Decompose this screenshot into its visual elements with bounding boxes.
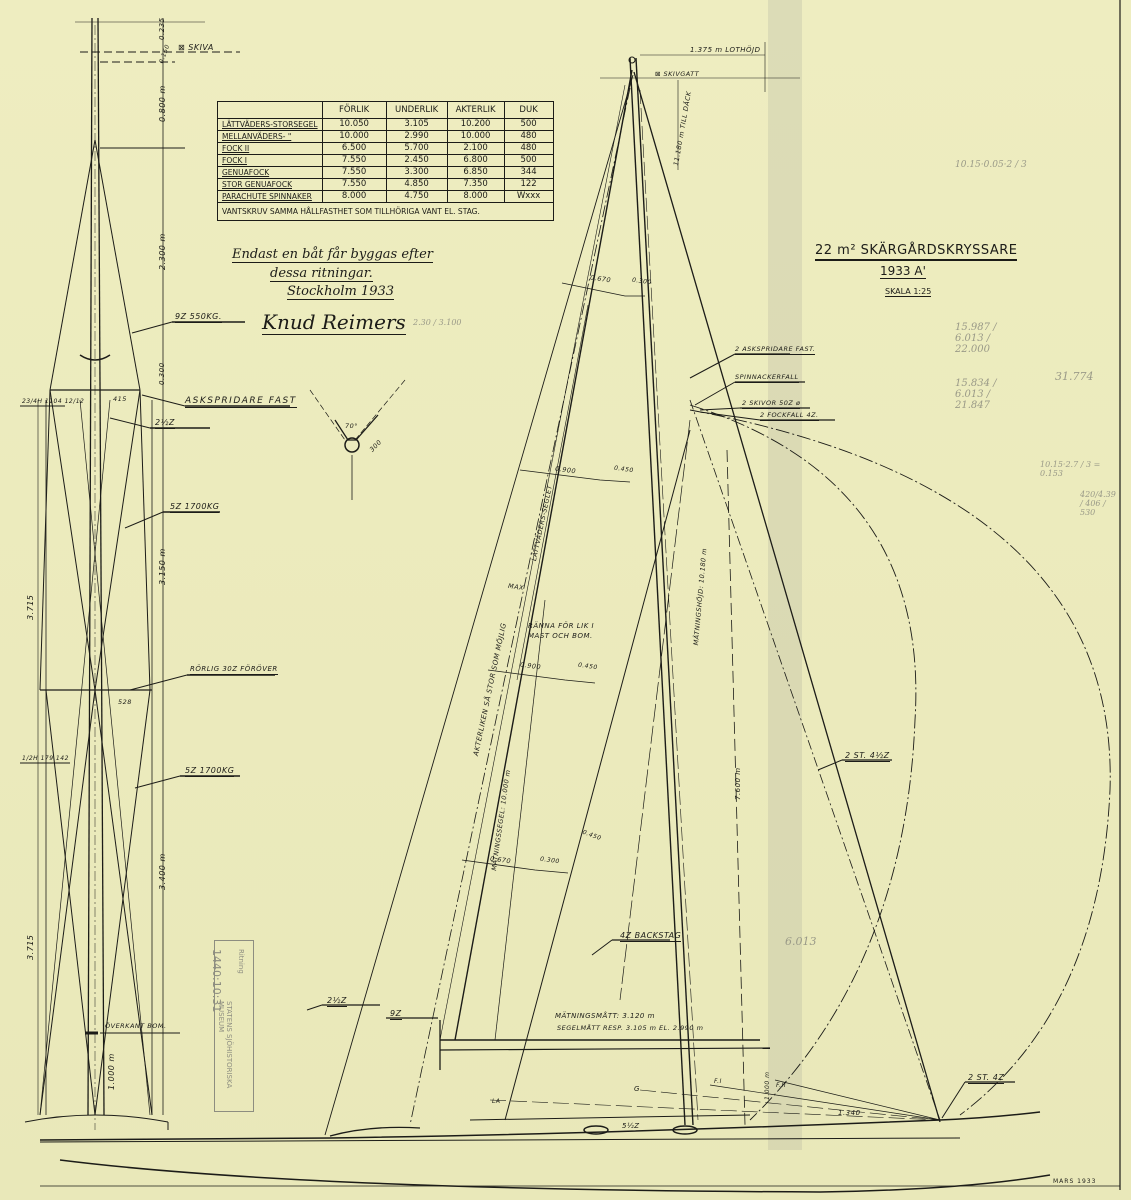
cloth-value: 480 — [504, 131, 553, 143]
pencil-note-5: 10.15·2.7 / 3 = 0.153 — [1040, 460, 1120, 478]
signature: Knud Reimers — [262, 310, 406, 335]
luff-value: 8.000 — [322, 191, 386, 203]
table-footnote-row: VANTSKRUV SAMMA HÅLLFASTHET SOM TILLHÖRI… — [218, 203, 554, 221]
groove-note-1: RÄNNA FÖR LIK I — [528, 622, 594, 630]
left-note-2: 1/2H 179.142 — [22, 755, 69, 762]
sail-name: FOCK I — [218, 155, 323, 167]
sail-name: STOR GENUAFOCK — [218, 179, 323, 191]
dim-d: 3.150 m — [158, 548, 167, 585]
leech-value: 6.850 — [447, 167, 504, 179]
cloth-value: 500 — [504, 155, 553, 167]
luff-value: 10.000 — [322, 131, 386, 143]
forestay-base-label: 2 ST. 4Z — [968, 1073, 1004, 1084]
foot-value: 3.300 — [386, 167, 447, 179]
sail-dimensions-table: FÖRLIK UNDERLIK AKTERLIK DUK LÄTTVÄDERS-… — [217, 101, 554, 221]
spreader-dim2: 528 — [118, 698, 132, 706]
pencil-note-2: 15.987 / 6.013 / 22.000 — [955, 322, 1015, 355]
drawing-title: 22 m² SKÄRGÅRDSKRYSSARE — [815, 243, 1017, 261]
leech-value: 8.000 — [447, 191, 504, 203]
pencil-note-3: 15.834 / 6.013 / 21.847 — [955, 378, 1015, 411]
skiva-label: ⊠ SKIVA — [178, 43, 214, 52]
shroud-9z-label: 9Z — [390, 1009, 402, 1020]
dim-e: 3.400 m — [158, 853, 167, 890]
drawn-date: MARS 1933 — [1053, 1178, 1096, 1185]
jib-foot-label: 1.340 — [838, 1109, 861, 1117]
sail-name: GENUAFOCK — [218, 167, 323, 179]
la-label: LA — [492, 1098, 500, 1105]
g-label: G — [634, 1085, 640, 1093]
pencil-note-4: 31.774 — [1055, 370, 1094, 383]
table-header — [218, 102, 323, 119]
spreader-fixed-label: ASKSPRIDARE FAST — [185, 396, 297, 408]
luff-value: 10.050 — [322, 119, 386, 131]
chainplate-label: 5½Z — [622, 1122, 640, 1130]
spreader-angle: 70° — [345, 422, 358, 430]
dim-top1: 0.235 — [158, 17, 166, 40]
note-line-1: Endast en båt får byggas efter — [232, 247, 433, 263]
sail-name: MELLANVÄDERS- " — [218, 131, 323, 143]
drawing-scale: SKALA 1:25 — [885, 287, 931, 297]
note-line-2: dessa ritningar. — [270, 266, 373, 282]
foot-value: 2.990 — [386, 131, 447, 143]
left-dim-2: 3.715 — [26, 935, 35, 960]
spinnaker-spreader-label: 2 ASKSPRIDARE FAST. — [735, 345, 815, 355]
table-row: LÄTTVÄDERS-STORSEGEL 10.050 3.105 10.200… — [218, 119, 554, 131]
sheaves-label: 2 SKIVOR 50Z ø — [742, 399, 800, 409]
stamp-label: Ritning — [237, 949, 245, 974]
table-header-row: FÖRLIK UNDERLIK AKTERLIK DUK — [218, 102, 554, 119]
foot-value: 5.700 — [386, 143, 447, 155]
foot-value: 4.750 — [386, 191, 447, 203]
leech-value: 10.200 — [447, 119, 504, 131]
pencil-note-8: 2.30 / 3.100 — [413, 318, 462, 327]
leech-value: 7.350 — [447, 179, 504, 191]
table-row: GENUAFOCK 7.550 3.300 6.850 344 — [218, 167, 554, 179]
table-row: FOCK II 6.500 5.700 2.100 480 — [218, 143, 554, 155]
dim-b: 2.300 m — [158, 233, 167, 270]
foot-value: 2.450 — [386, 155, 447, 167]
table-row: MELLANVÄDERS- " 10.000 2.990 10.000 480 — [218, 131, 554, 143]
boom-top-label: ÖVERKANT BOM. — [105, 1022, 167, 1030]
spreader-dim: 415 — [113, 395, 127, 403]
table-header: AKTERLIK — [447, 102, 504, 119]
foot-value: 4.850 — [386, 179, 447, 191]
luff-value: 6.500 — [322, 143, 386, 155]
table-header: FÖRLIK — [322, 102, 386, 119]
table-row: STOR GENUAFOCK 7.550 4.850 7.350 122 — [218, 179, 554, 191]
jib-luff-label: 7.600 m — [734, 767, 742, 800]
cloth-value: 122 — [504, 179, 553, 191]
table-row: FOCK I 7.550 2.450 6.800 500 — [218, 155, 554, 167]
deck-height-label: 1.000 m — [764, 1072, 771, 1100]
pencil-note-6: 420/4.39 / 406 / 530 — [1080, 490, 1120, 517]
design-designation: 1933 A' — [880, 264, 926, 279]
wire-5z-upper-label: 5Z 1700KG — [170, 502, 219, 513]
shroud-2-5z-label: 2½Z — [327, 996, 347, 1007]
leech-value: 10.000 — [447, 131, 504, 143]
leech-value: 6.800 — [447, 155, 504, 167]
luff-value: 7.550 — [322, 155, 386, 167]
left-dim-1: 3.715 — [26, 595, 35, 620]
cloth-value: 480 — [504, 143, 553, 155]
jib-halyards-label: 2 FOCKFALL 4Z. — [760, 411, 819, 421]
f2-label: F.II — [776, 1082, 786, 1089]
wire-top-label: 9Z 550KG. — [175, 312, 222, 323]
luff-value: 7.550 — [322, 167, 386, 179]
groove-note-2: MAST OCH BOM. — [528, 632, 593, 640]
cloth-value: 344 — [504, 167, 553, 179]
pencil-note-7: 6.013 — [785, 935, 817, 948]
left-note-1: 23/4H 1104 12/12 — [22, 398, 84, 405]
sail-name: FOCK II — [218, 143, 323, 155]
table-header: UNDERLIK — [386, 102, 447, 119]
forestay-label: 2 ST. 4½Z — [845, 751, 890, 762]
dim-f: 1.000 m — [107, 1053, 116, 1090]
wire-5z-lower-label: 5Z 1700KG — [185, 766, 234, 777]
stamp-number: 1440:10:31 — [210, 949, 223, 1012]
stamp-institution: STATENS SJÖHISTORISKA MUSEUM — [217, 1001, 233, 1111]
note-line-3: Stockholm 1933 — [287, 284, 394, 300]
table-row: PARACHUTE SPINNAKER 8.000 4.750 8.000 Wx… — [218, 191, 554, 203]
foot-value: 3.105 — [386, 119, 447, 131]
dim-a: 0.800 m — [158, 85, 167, 122]
pencil-note-1: 10.15·0.05·2 / 3 — [955, 160, 1027, 170]
sheave-label: ⊠ SKIVGATT — [655, 70, 699, 78]
sail-name: PARACHUTE SPINNAKER — [218, 191, 323, 203]
top-width-label: 1.375 m LOTHÖJD — [690, 46, 761, 54]
table-header: DUK — [504, 102, 553, 119]
sail-measure-label: SEGELMÅTT RESP. 3.105 m EL. 2.990 m — [557, 1024, 703, 1032]
boom-measure-label: MÄTNINGSMÅTT: 3.120 m — [555, 1012, 655, 1020]
dim-c: 0.300 — [158, 362, 166, 385]
museum-stamp: Ritning STATENS SJÖHISTORISKA MUSEUM 144… — [214, 940, 254, 1112]
wire-2-5z-label: 2½Z — [155, 418, 175, 429]
spinnaker-halyard-label: SPINNACKERFALL — [735, 373, 799, 383]
f1-label: F.I — [714, 1078, 722, 1085]
luff-value: 7.550 — [322, 179, 386, 191]
cloth-value: Wxxx — [504, 191, 553, 203]
leech-value: 2.100 — [447, 143, 504, 155]
technical-drawing-lines — [0, 0, 1131, 1200]
backstay-label: 4Z BACKSTAG — [620, 931, 681, 942]
table-footnote: VANTSKRUV SAMMA HÅLLFASTHET SOM TILLHÖRI… — [218, 203, 554, 221]
spreader-movable-label: RÖRLIG 30Z FÖRÖVER — [190, 665, 278, 675]
sail-name: LÄTTVÄDERS-STORSEGEL — [218, 119, 323, 131]
cloth-value: 500 — [504, 119, 553, 131]
